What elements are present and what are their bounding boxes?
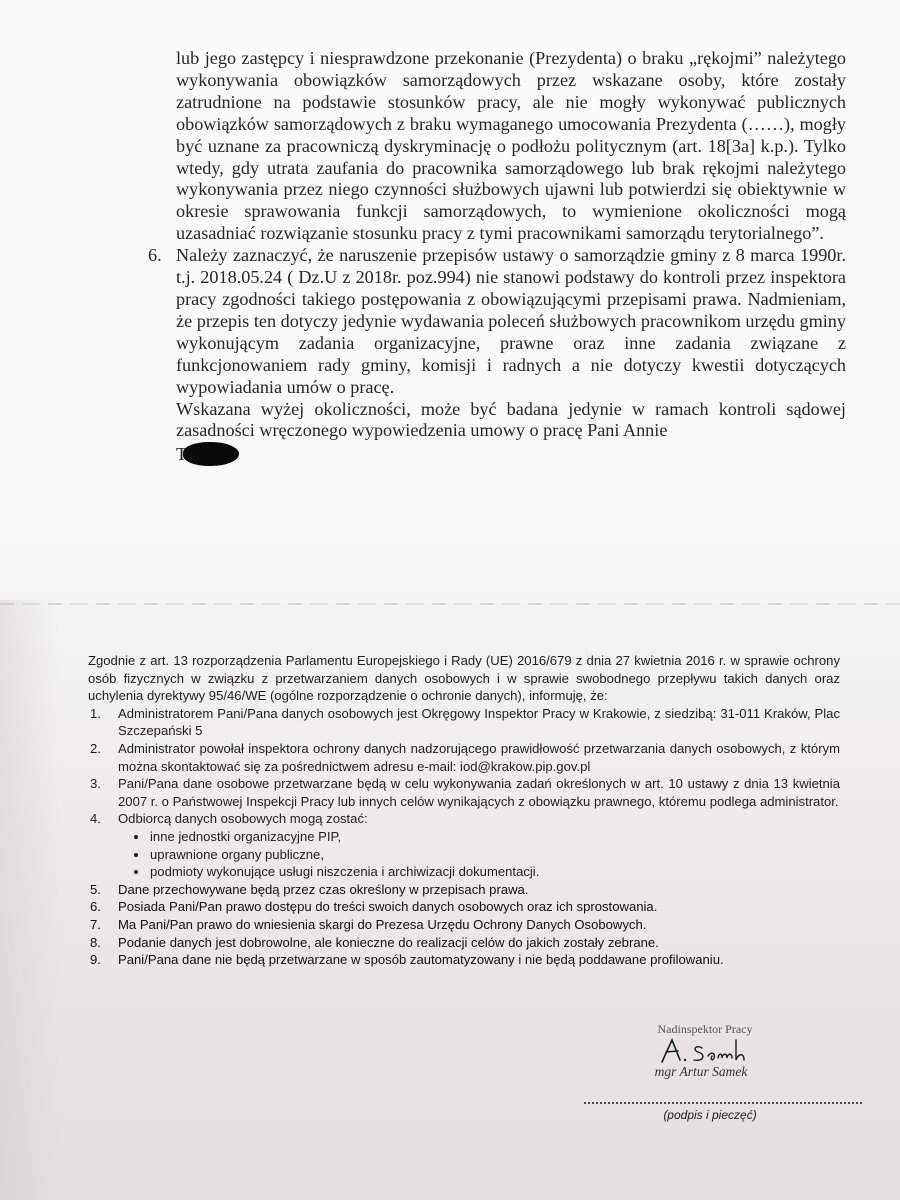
text-line: prawnego, któremu podlega administrator. bbox=[594, 794, 839, 809]
gdpr-item-5: 5. Dane przechowywane będą przez czas ok… bbox=[88, 881, 840, 899]
item-number: 9. bbox=[90, 951, 101, 969]
page-shadow bbox=[0, 600, 60, 1200]
item-number: 5. bbox=[90, 881, 101, 899]
point-6-text: Należy zaznaczyć, że naruszenie przepisó… bbox=[176, 245, 846, 398]
item-number: 4. bbox=[90, 810, 101, 828]
text-line: informuję, że: bbox=[529, 688, 608, 703]
letter-body: lub jego zastępcy i niesprawdzone przeko… bbox=[176, 48, 846, 466]
gdpr-clause: Zgodnie z art. 13 rozporządzenia Parlame… bbox=[88, 652, 840, 969]
gdpr-item-1: 1. Administratorem Pani/Pana danych osob… bbox=[88, 705, 840, 740]
bullet-item: uprawnione organy publiczne, bbox=[132, 846, 840, 864]
text-line: Odbiorcą danych osobowych mogą zostać: bbox=[118, 811, 368, 826]
text-line: Zgodnie z art. 13 rozporządzenia Parlame… bbox=[88, 653, 726, 668]
item-number: 8. bbox=[90, 934, 101, 952]
text-line: Administrator powołał inspektora ochrony… bbox=[118, 741, 712, 756]
text-line: Dane przechowywane będą przez czas okreś… bbox=[118, 882, 528, 897]
gdpr-item-9: 9. Pani/Pana dane nie będą przetwarzane … bbox=[88, 951, 840, 969]
text-line: Pani/Pana dane nie będą przetwarzane w s… bbox=[118, 952, 724, 967]
gdpr-item-3: 3. Pani/Pana dane osobowe przetwarzane b… bbox=[88, 775, 840, 810]
text-line: uzasadniać rozwiązanie stosunku pracy z … bbox=[176, 223, 705, 243]
point-6: 6. Należy zaznaczyć, że naruszenie przep… bbox=[176, 245, 846, 466]
gdpr-list: 1. Administratorem Pani/Pana danych osob… bbox=[88, 705, 840, 969]
quote-paragraph: lub jego zastępcy i niesprawdzone przeko… bbox=[176, 48, 846, 245]
text-line: lub jego zastępcy i niesprawdzone przeko… bbox=[176, 48, 762, 68]
redaction-blot bbox=[183, 442, 239, 466]
gdpr-item-8: 8. Podanie danych jest dobrowolne, ale k… bbox=[88, 934, 840, 952]
recipients-list: inne jednostki organizacyjne PIP, uprawn… bbox=[118, 828, 840, 881]
signature-caption: (podpis i pieczęć) bbox=[630, 1108, 790, 1122]
gdpr-item-4: 4. Odbiorcą danych osobowych mogą zostać… bbox=[88, 810, 840, 880]
text-line: sprawowania funkcji samorządowych, to wy… bbox=[244, 201, 846, 221]
item-number: 2. bbox=[90, 740, 101, 758]
redacted-surname-line: T bbox=[176, 442, 846, 466]
text-line: Administratorem Pani/Pana danych osobowy… bbox=[118, 706, 716, 721]
text-line: Pani/Pana dane osobowe przetwarzane będą… bbox=[118, 776, 728, 791]
gdpr-item-7: 7. Ma Pani/Pan prawo do wniesienia skarg… bbox=[88, 916, 840, 934]
item-number: 6. bbox=[90, 898, 101, 916]
text-line: Ma Pani/Pan prawo do wniesienia skargi d… bbox=[118, 917, 646, 932]
bullet-item: podmioty wykonujące usługi niszczenia i … bbox=[132, 863, 840, 881]
item-number: 1. bbox=[90, 705, 101, 723]
signer-name: mgr Artur Samek bbox=[636, 1064, 766, 1080]
signature-dotted-line bbox=[584, 1102, 862, 1104]
text-line: Należy zaznaczyć, że naruszenie przepisó… bbox=[176, 245, 717, 265]
text-line: terytorialnego”. bbox=[709, 223, 824, 243]
page-fold-divider bbox=[0, 603, 900, 605]
text-line: Posiada Pani/Pan prawo dostępu do treści… bbox=[118, 899, 657, 914]
gdpr-item-2: 2. Administrator powołał inspektora ochr… bbox=[88, 740, 840, 775]
text-line: Podanie danych jest dobrowolne, ale koni… bbox=[118, 935, 659, 950]
handwritten-signature-icon bbox=[652, 1036, 762, 1066]
item-number: 3. bbox=[90, 775, 101, 793]
gdpr-intro: Zgodnie z art. 13 rozporządzenia Parlame… bbox=[88, 652, 840, 705]
gdpr-item-6: 6. Posiada Pani/Pan prawo dostępu do tre… bbox=[88, 898, 840, 916]
text-line: umów o pracę. bbox=[287, 377, 395, 397]
item-number: 7. bbox=[90, 916, 101, 934]
bullet-item: inne jednostki organizacyjne PIP, bbox=[132, 828, 840, 846]
signer-title: Nadinspektor Pracy bbox=[645, 1022, 765, 1037]
text-line: Wskazana wyżej okoliczności, może być ba… bbox=[176, 399, 776, 419]
point-number: 6. bbox=[148, 245, 162, 267]
closing-paragraph: Wskazana wyżej okoliczności, może być ba… bbox=[176, 399, 846, 443]
